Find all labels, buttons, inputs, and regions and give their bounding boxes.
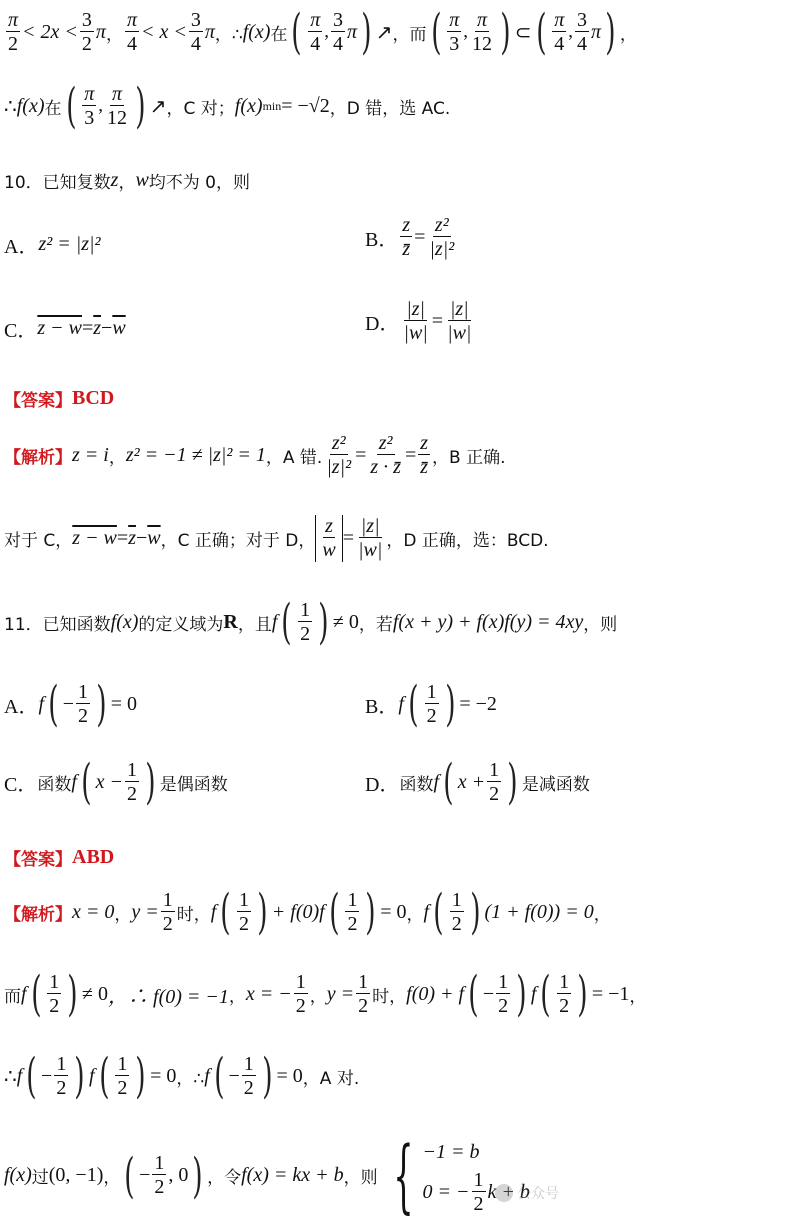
answer-tag: 【答案】 xyxy=(4,386,72,411)
q10-answer: 【答案】 BCD xyxy=(4,386,114,411)
function-fx: f(x) xyxy=(243,21,271,44)
var-w: w xyxy=(135,169,148,192)
analysis-tag: 【解析】 xyxy=(4,443,72,468)
question-stem: 均不为 0，则 xyxy=(149,168,250,193)
text-er: ，而 xyxy=(393,20,427,45)
interval: ( π3, π12 ) xyxy=(62,82,150,130)
q10-option-c: C． z − w = z − w xyxy=(4,314,126,343)
therefore-symbol: ∴ xyxy=(4,1064,17,1089)
watermark: 公众号 xyxy=(495,1178,585,1208)
option-label: C． xyxy=(4,314,37,343)
subset-symbol: ⊂ xyxy=(515,20,532,45)
q11-stem: 11．已知函数 f(x) 的定义域为 R ，且 f (12) ≠ 0 ，若 f(… xyxy=(4,598,617,646)
inequality-text: < x < xyxy=(141,21,187,44)
inequality-text: < 2x < xyxy=(22,21,78,44)
fraction: π2 xyxy=(6,9,20,56)
interval: ( π3, π12 ) xyxy=(427,8,515,56)
fraction: 34 xyxy=(189,9,203,56)
pi-symbol: π xyxy=(96,21,106,44)
q11-option-c: C． 函数 f (x −12) 是偶函数 xyxy=(4,758,228,806)
text: ，C 对； xyxy=(167,94,235,119)
option-label: B． xyxy=(365,690,398,719)
left-brace: { xyxy=(393,1136,413,1216)
answer-value: ABD xyxy=(72,846,114,869)
subscript-min: min xyxy=(263,99,282,114)
q11-analysis-line4: f(x) 过 (0, −1) ， (−12, 0) ，令 f(x) = kx +… xyxy=(4,1135,530,1216)
q11-analysis-line1: 【解析】 x = 0 ， y = 12 时， f (12) + f(0)f (1… xyxy=(4,888,611,936)
q11-answer: 【答案】 ABD xyxy=(4,845,114,870)
fraction: π4 xyxy=(125,9,139,56)
punct: ，∴ xyxy=(215,20,243,45)
answer-value: BCD xyxy=(72,387,114,410)
watermark-text: 公众号 xyxy=(517,1183,559,1203)
q10-option-d: D． |z||w| = |z||w| xyxy=(365,298,475,345)
var-z: z xyxy=(111,169,119,192)
interval: ( π4, 34π ) xyxy=(287,8,375,56)
punct: ， xyxy=(620,20,637,45)
option-label: D． xyxy=(365,768,399,797)
function-fx: f(x) xyxy=(17,95,45,118)
question-stem: 10．已知复数 xyxy=(4,168,111,193)
text: ，D 错，选 AC. xyxy=(330,94,451,119)
q10-analysis-line1: 【解析】 z = i ， z² = −1 ≠ |z|² = 1 ，A 错. z²… xyxy=(4,432,506,479)
q10-option-b: B． zz̄ = z²|z|² xyxy=(365,214,458,261)
option-label: A． xyxy=(4,230,38,259)
option-expr: z² = |z|² xyxy=(38,233,100,256)
function-fx: f(x) xyxy=(235,95,263,118)
fraction: 32 xyxy=(80,9,94,56)
q10-option-a: A． z² = |z|² xyxy=(4,230,101,259)
option-label: D． xyxy=(365,307,399,336)
answer-tag: 【答案】 xyxy=(4,845,72,870)
q9-line1: π2 < 2x < 32 π ， π4 < x < 34 π ，∴ f(x) 在… xyxy=(4,8,637,56)
q10-analysis-line2: 对于 C， z − w = z − w ，C 正确；对于 D， zw = |z|… xyxy=(4,515,549,562)
q11-analysis-line2: 而 f (12) ≠ 0 ，∴ f(0) = −1 ， x = − 12 ， y… xyxy=(4,970,646,1018)
wechat-icon xyxy=(495,1184,513,1202)
analysis-tag: 【解析】 xyxy=(4,900,72,925)
q11-option-d: D． 函数 f (x +12) 是减函数 xyxy=(365,758,590,806)
increasing-arrow-icon: ↗ xyxy=(150,94,167,119)
option-label: C． xyxy=(4,768,37,797)
interval: ( π4, 34π ) xyxy=(532,8,620,56)
text-zai: 在 xyxy=(45,94,62,119)
q10-stem: 10．已知复数 z ， w 均不为 0，则 xyxy=(4,168,250,193)
pi-symbol: π xyxy=(205,21,215,44)
punct: ， xyxy=(118,168,135,193)
q11-option-b: B． f (12) = −2 xyxy=(365,680,497,728)
q11-option-a: A． f (−12) = 0 xyxy=(4,680,137,728)
therefore-symbol: ∴ xyxy=(4,94,17,119)
punct: ， xyxy=(106,20,123,45)
q11-analysis-line3: ∴ f (−12) f (12) = 0 ，∴ f (−12) = 0 ，A 对… xyxy=(4,1052,359,1100)
text-zai: 在 xyxy=(270,20,287,45)
option-label: A． xyxy=(4,690,38,719)
real-numbers-symbol: R xyxy=(223,611,237,634)
equation: = −√2 xyxy=(281,95,330,118)
increasing-arrow-icon: ↗ xyxy=(376,20,393,45)
q9-line2: ∴ f(x) 在 ( π3, π12 ) ↗ ，C 对； f(x)min = −… xyxy=(4,82,450,130)
option-label: B． xyxy=(365,223,398,252)
